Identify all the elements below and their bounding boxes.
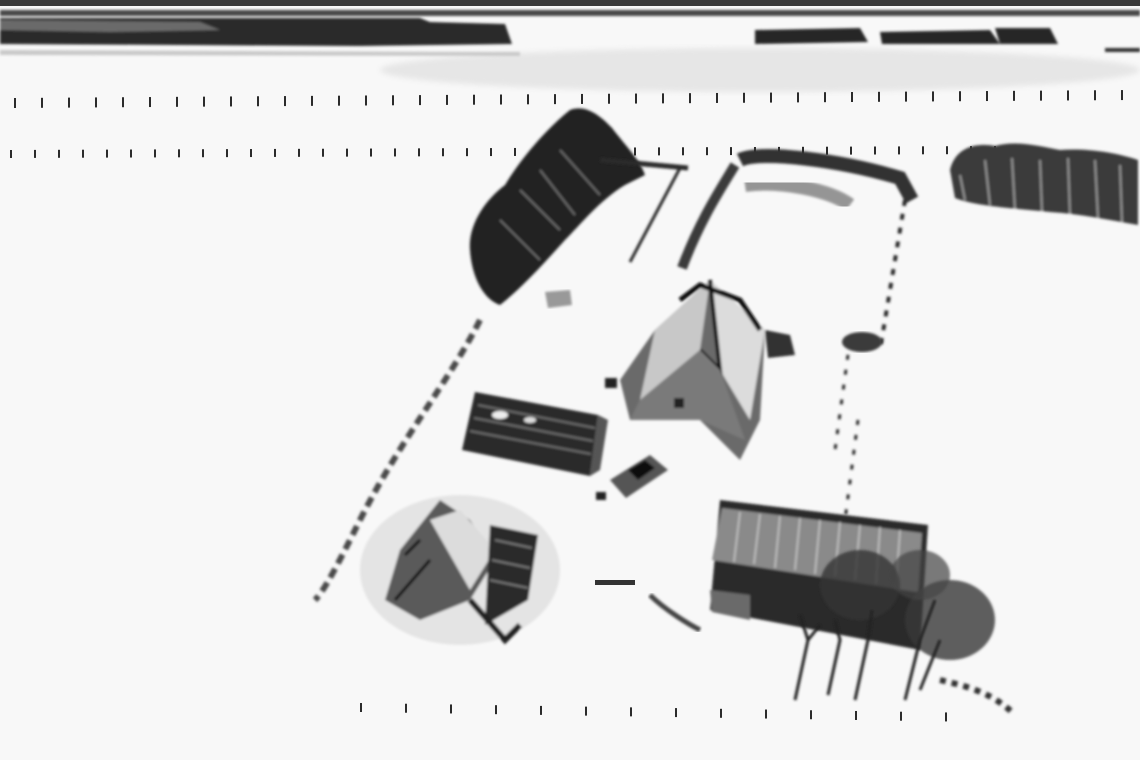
- aerial-farm-photo: [0, 0, 1140, 760]
- collapsed-shed: [360, 495, 560, 645]
- debris: [595, 580, 635, 585]
